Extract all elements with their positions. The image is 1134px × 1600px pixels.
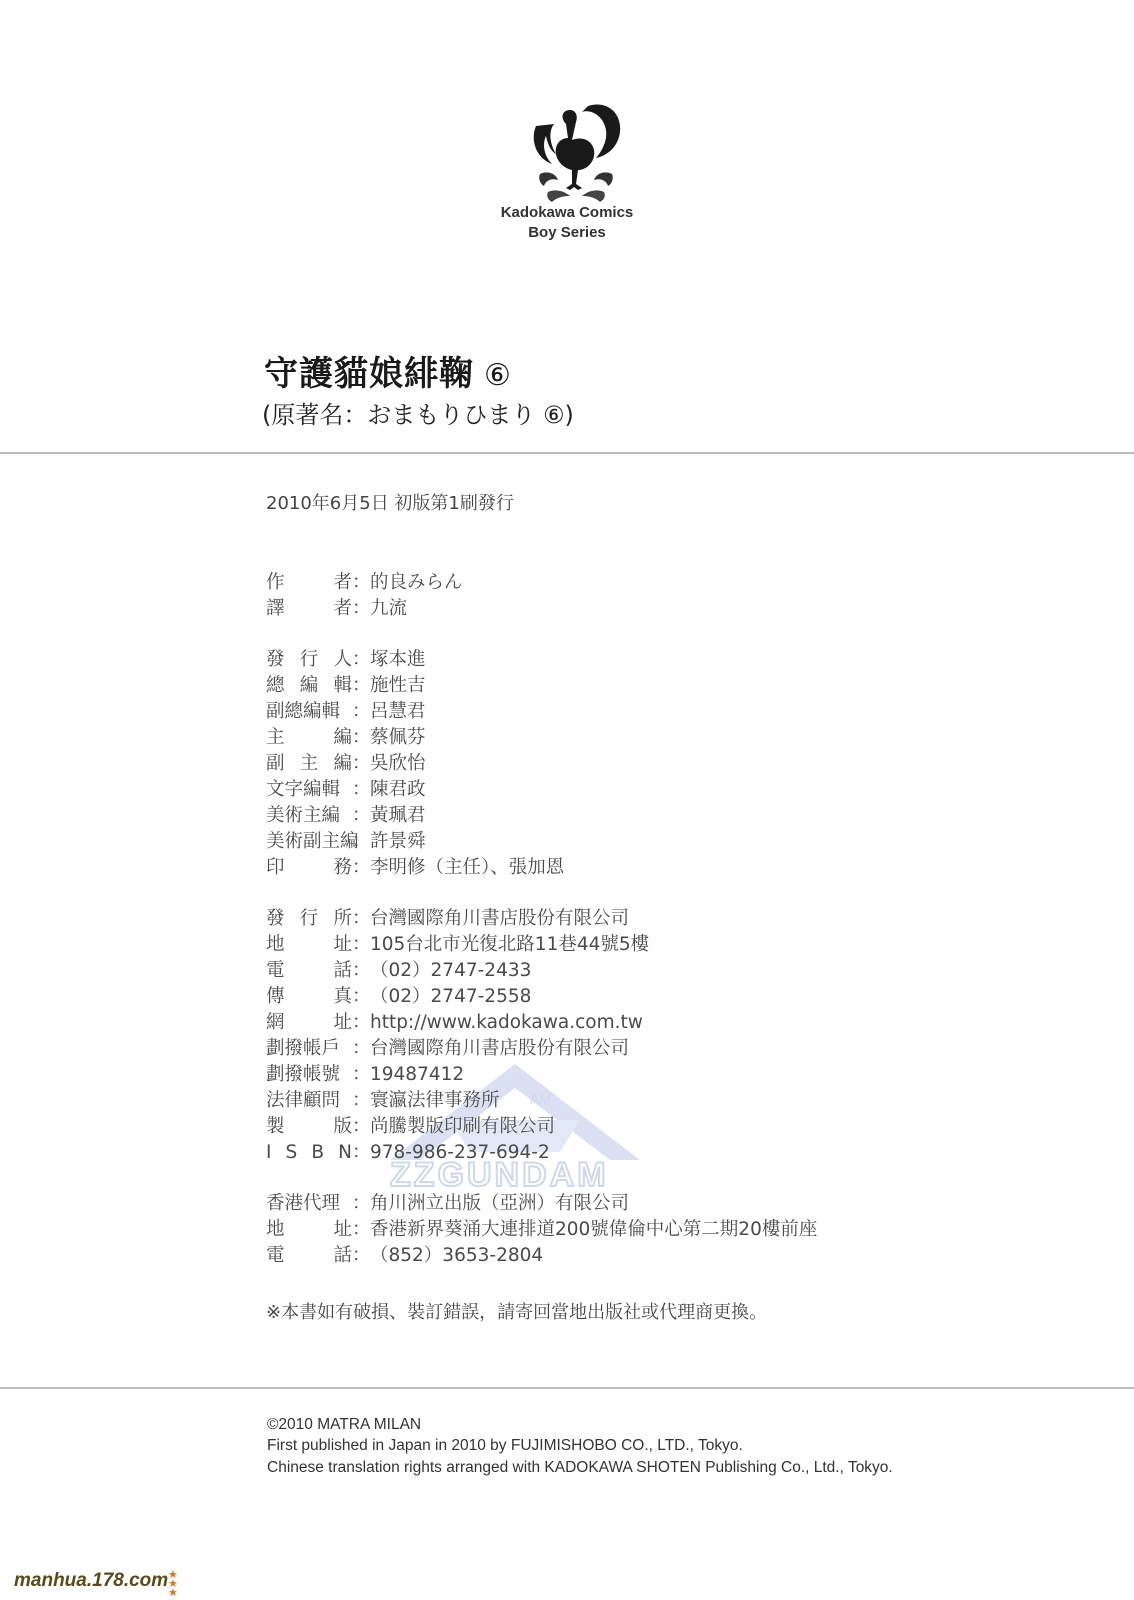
- credit-value: 施性吉: [370, 673, 426, 699]
- credit-label: 地址: [266, 1217, 352, 1243]
- imprint-name: Kadokawa Comics: [0, 204, 1134, 221]
- credit-row: 主編：蔡佩芬: [266, 725, 817, 751]
- credit-row: 地址：105台北市光復北路11巷44號5樓: [266, 932, 817, 958]
- edition-date: 2010年6月5日 初版第1刷發行: [266, 489, 514, 515]
- credit-label-part: 址: [333, 1217, 352, 1243]
- credit-label-part: 話: [333, 958, 352, 984]
- credit-value: （02）2747-2558: [370, 984, 531, 1010]
- credit-value: 蔡佩芬: [370, 725, 426, 751]
- credit-value: 寰瀛法律事務所: [370, 1088, 500, 1114]
- credit-label-part: 地: [266, 932, 285, 958]
- credit-label: 美術副主編: [266, 829, 352, 855]
- credit-separator: ：: [352, 596, 370, 622]
- credit-label-part: 製: [266, 1114, 285, 1140]
- credit-row: 譯者：九流: [266, 596, 817, 622]
- first-published-line: First published in Japan in 2010 by FUJI…: [267, 1437, 743, 1455]
- credit-row: 劃撥帳戶：台灣國際角川書店股份有限公司: [266, 1036, 817, 1062]
- credit-label-part: 編: [300, 673, 319, 699]
- credit-row: ISBN：978-986-237-694-2: [266, 1140, 817, 1166]
- credit-label: 副主編: [266, 751, 352, 777]
- credit-row: 發行所：台灣國際角川書店股份有限公司: [266, 906, 817, 932]
- credit-label-part: I: [266, 1140, 271, 1166]
- credit-label-part: 址: [333, 1010, 352, 1036]
- site-watermark: manhua.178.com: [14, 1570, 168, 1592]
- credit-label-part: 者: [333, 570, 352, 596]
- credit-value: 塚本進: [370, 647, 426, 673]
- credit-row: 文字編輯：陳君政: [266, 777, 817, 803]
- credit-label-part: 所: [333, 906, 352, 932]
- credit-label-part: 編: [333, 751, 352, 777]
- return-policy-notice: ※本書如有破損、裝訂錯誤，請寄回當地出版社或代理商更換。: [266, 1298, 767, 1324]
- credit-label-part: 文字編輯: [266, 777, 340, 803]
- credit-label-part: 電: [266, 958, 285, 984]
- phoenix-emblem-icon: [526, 96, 626, 208]
- credit-label-part: 美術主編: [266, 803, 340, 829]
- credit-separator: ：: [352, 1217, 370, 1243]
- credit-value: 的良みらん: [370, 570, 463, 596]
- credit-row: 副主編：吳欣怡: [266, 751, 817, 777]
- volume-number: ⑥: [484, 358, 512, 393]
- credit-label: 主編: [266, 725, 352, 751]
- credit-separator: ：: [352, 1191, 370, 1217]
- original-title: (原著名：おまもりひまり ⑥): [262, 395, 574, 430]
- credit-separator: ：: [352, 673, 370, 699]
- credit-row: 作者：的良みらん: [266, 570, 817, 596]
- credit-label-part: 電: [266, 1243, 285, 1269]
- credit-label: 製版: [266, 1114, 352, 1140]
- credit-separator: ：: [352, 1114, 370, 1140]
- credit-label-part: 傳: [266, 984, 285, 1010]
- credit-label-part: 譯: [266, 596, 285, 622]
- credit-value: （02）2747-2433: [370, 958, 531, 984]
- imprint-series: Boy Series: [0, 224, 1134, 241]
- credit-value: 吳欣怡: [370, 751, 426, 777]
- credit-value: 台灣國際角川書店股份有限公司: [370, 1036, 629, 1062]
- credit-separator: ：: [352, 1036, 370, 1062]
- credit-label-part: 劃撥帳戶: [266, 1036, 340, 1062]
- credit-label: 電話: [266, 1243, 352, 1269]
- credit-row: 法律顧問：寰瀛法律事務所: [266, 1088, 817, 1114]
- translation-rights-line: Chinese translation rights arranged with…: [267, 1459, 893, 1477]
- credit-separator: ：: [352, 855, 370, 881]
- credit-label-part: 行: [300, 647, 319, 673]
- copyright-line: ©2010 MATRA MILAN: [267, 1416, 421, 1434]
- credit-label-part: S: [286, 1140, 298, 1166]
- credit-label-part: B: [311, 1140, 324, 1166]
- credit-value: 尚騰製版印刷有限公司: [370, 1114, 555, 1140]
- credit-separator: ：: [352, 1243, 370, 1269]
- credit-separator: ：: [352, 1140, 370, 1166]
- credit-value: 香港新界葵涌大連排道200號偉倫中心第二期20樓前座: [370, 1217, 817, 1243]
- credit-label: 網址: [266, 1010, 352, 1036]
- credit-row: 電話：（852）3653-2804: [266, 1243, 817, 1269]
- credit-label-part: 務: [333, 855, 352, 881]
- credit-label: 印務: [266, 855, 352, 881]
- credit-label-part: 主: [300, 751, 319, 777]
- credit-label-part: 編: [333, 725, 352, 751]
- credit-label-part: N: [338, 1140, 352, 1166]
- credit-value: 978-986-237-694-2: [370, 1140, 550, 1166]
- credit-label: 香港代理: [266, 1191, 352, 1217]
- credit-separator: ：: [352, 570, 370, 596]
- credit-separator: ：: [352, 829, 370, 855]
- credit-label-part: 副總編輯: [266, 699, 340, 725]
- credit-label: 作者: [266, 570, 352, 596]
- credit-label-part: 真: [333, 984, 352, 1010]
- credit-label-part: 網: [266, 1010, 285, 1036]
- credit-value: 李明修（主任）、張加恩: [370, 855, 564, 881]
- credit-label: 發行所: [266, 906, 352, 932]
- credit-value: 黃珮君: [370, 803, 426, 829]
- credit-row: 總編輯：施性吉: [266, 673, 817, 699]
- credit-separator: ：: [352, 699, 370, 725]
- credit-separator: ：: [352, 647, 370, 673]
- credit-label-part: 版: [333, 1114, 352, 1140]
- credit-label-part: 作: [266, 570, 285, 596]
- credit-label: 美術主編: [266, 803, 352, 829]
- credit-separator: ：: [352, 751, 370, 777]
- credit-value: 呂慧君: [370, 699, 426, 725]
- credit-row: 電話：（02）2747-2433: [266, 958, 817, 984]
- credit-separator: ：: [352, 1062, 370, 1088]
- credit-label-part: 輯: [333, 673, 352, 699]
- credit-separator: ：: [352, 1010, 370, 1036]
- credit-row: 製版：尚騰製版印刷有限公司: [266, 1114, 817, 1140]
- credits-block: 作者：的良みらん譯者：九流 發行人：塚本進總編輯：施性吉副總編輯：呂慧君主編：蔡…: [266, 570, 817, 1269]
- credit-label: 地址: [266, 932, 352, 958]
- divider-top: [0, 452, 1134, 454]
- credit-label: 總編輯: [266, 673, 352, 699]
- credit-label-part: 主: [266, 725, 285, 751]
- divider-bottom: [0, 1387, 1134, 1389]
- credit-label-part: 劃撥帳號: [266, 1062, 340, 1088]
- credit-label-part: 發: [266, 906, 285, 932]
- credit-label: 劃撥帳戶: [266, 1036, 352, 1062]
- credit-separator: ：: [352, 777, 370, 803]
- credit-value: 19487412: [370, 1062, 464, 1088]
- credit-row: 劃撥帳號：19487412: [266, 1062, 817, 1088]
- credit-row: 網址：http://www.kadokawa.com.tw: [266, 1010, 817, 1036]
- credit-label: 法律顧問: [266, 1088, 352, 1114]
- credit-separator: ：: [352, 725, 370, 751]
- credit-value: 105台北市光復北路11巷44號5樓: [370, 932, 649, 958]
- credit-value: 九流: [370, 596, 407, 622]
- credit-row: 地址：香港新界葵涌大連排道200號偉倫中心第二期20樓前座: [266, 1217, 817, 1243]
- credit-separator: ：: [352, 1088, 370, 1114]
- credit-value: （852）3653-2804: [370, 1243, 543, 1269]
- credit-row: 發行人：塚本進: [266, 647, 817, 673]
- credit-row: 副總編輯：呂慧君: [266, 699, 817, 725]
- credit-label-part: 法律顧問: [266, 1088, 340, 1114]
- credit-label: 傳真: [266, 984, 352, 1010]
- credit-label-part: 印: [266, 855, 285, 881]
- credit-row: 美術副主編：許景舜: [266, 829, 817, 855]
- credit-label-part: 話: [333, 1243, 352, 1269]
- credit-row: 香港代理：角川洲立出版（亞洲）有限公司: [266, 1191, 817, 1217]
- credit-value: 角川洲立出版（亞洲）有限公司: [370, 1191, 629, 1217]
- credit-label: 副總編輯: [266, 699, 352, 725]
- credit-separator: ：: [352, 803, 370, 829]
- credit-separator: ：: [352, 958, 370, 984]
- credit-row: 美術主編：黃珮君: [266, 803, 817, 829]
- credit-label-part: 香港代理: [266, 1191, 340, 1217]
- credit-label: 譯者: [266, 596, 352, 622]
- credit-label-part: 美術副主編: [266, 829, 359, 855]
- stars-icon: ★★★: [168, 1570, 178, 1597]
- credit-value: http://www.kadokawa.com.tw: [370, 1010, 643, 1036]
- credit-label: ISBN: [266, 1140, 352, 1166]
- credit-row: 傳真：（02）2747-2558: [266, 984, 817, 1010]
- credit-separator: ：: [352, 984, 370, 1010]
- credit-label-part: 行: [300, 906, 319, 932]
- credit-value: 台灣國際角川書店股份有限公司: [370, 906, 629, 932]
- credit-value: 許景舜: [370, 829, 426, 855]
- credit-value: 陳君政: [370, 777, 426, 803]
- credit-label-part: 者: [333, 596, 352, 622]
- credit-label-part: 發: [266, 647, 285, 673]
- credit-separator: ：: [352, 932, 370, 958]
- credit-label-part: 副: [266, 751, 285, 777]
- credit-label-part: 址: [333, 932, 352, 958]
- credit-label-part: 總: [266, 673, 285, 699]
- credit-row: 印務：李明修（主任）、張加恩: [266, 855, 817, 881]
- credit-label-part: 人: [333, 647, 352, 673]
- book-title-main: 守護貓娘緋鞠: [264, 354, 474, 394]
- credit-label: 電話: [266, 958, 352, 984]
- credit-separator: ：: [352, 906, 370, 932]
- credit-label-part: 地: [266, 1217, 285, 1243]
- credit-label: 劃撥帳號: [266, 1062, 352, 1088]
- credit-label: 文字編輯: [266, 777, 352, 803]
- book-title: 守護貓娘緋鞠⑥: [264, 346, 512, 395]
- credit-label: 發行人: [266, 647, 352, 673]
